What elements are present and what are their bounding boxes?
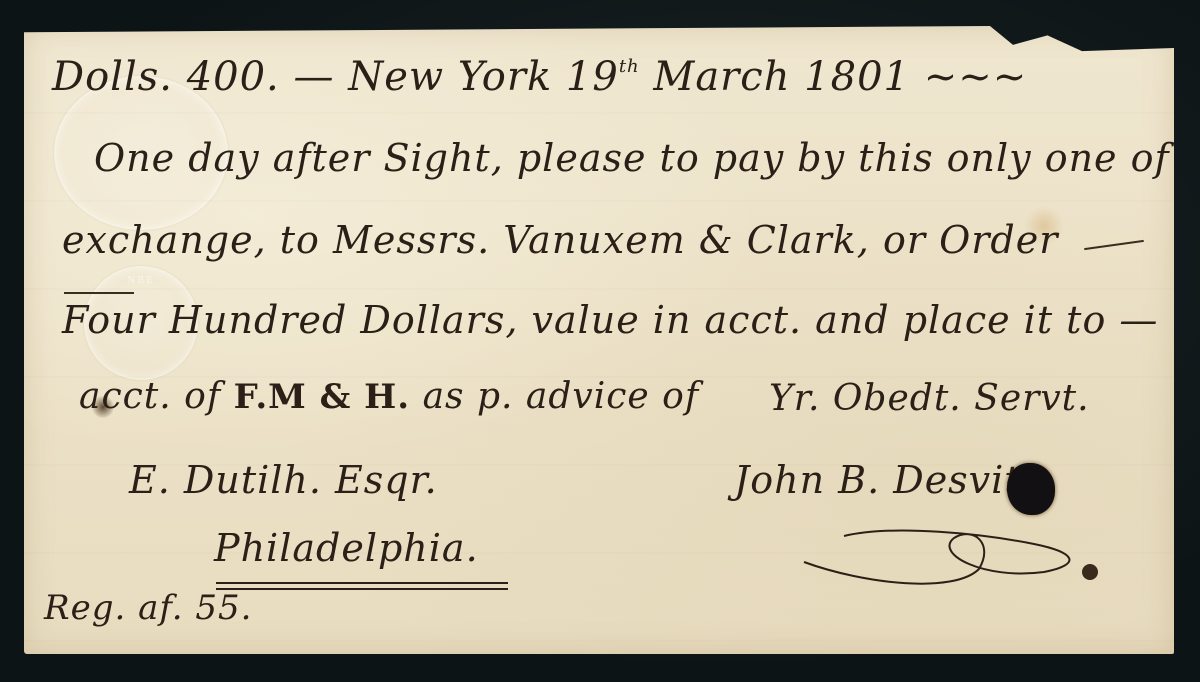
- body-line-2: exchange, to Messrs. Vanuxem & Clark, or…: [62, 218, 1058, 262]
- addressee-city: Philadelphia.: [214, 526, 479, 570]
- signature: John B. Desvity: [734, 458, 1043, 502]
- city-double-underline: [216, 582, 508, 590]
- seal-text: NRE: [86, 276, 196, 286]
- account-prefix: acct. of: [79, 376, 221, 417]
- account-suffix: as p. advice of: [423, 376, 700, 417]
- bill-of-exchange-paper: NRE Dolls. 400. — New York 19th March 18…: [24, 26, 1174, 654]
- addressee-name: E. Dutilh. Esqr.: [129, 458, 438, 502]
- account-initials: F.M & H.: [234, 377, 411, 417]
- body-line-3: Four Hundred Dollars, value in acct. and…: [62, 298, 1158, 342]
- order-flourish: [1084, 240, 1144, 250]
- place: New York: [348, 54, 552, 100]
- ink-spot: [1082, 564, 1098, 580]
- header-line: Dolls. 400. — New York 19th March 1801 ~…: [52, 54, 1027, 100]
- body-line-1: One day after Sight, please to pay by th…: [94, 136, 1170, 180]
- burn-hole: [1007, 463, 1055, 515]
- account-line: acct. of F.M & H. as p. advice of: [79, 376, 699, 417]
- four-underline: [64, 292, 134, 294]
- day-suffix: th: [619, 56, 640, 77]
- month-year: March 1801: [653, 54, 910, 100]
- day: 19: [566, 54, 619, 100]
- scan-background: NRE Dolls. 400. — New York 19th March 18…: [0, 0, 1200, 682]
- closing-salutation: Yr. Obedt. Servt.: [769, 378, 1090, 419]
- register-note: Reg. af. 55.: [44, 588, 252, 628]
- amount: Dolls. 400.: [52, 54, 280, 100]
- signature-flourish-icon: [784, 514, 1124, 604]
